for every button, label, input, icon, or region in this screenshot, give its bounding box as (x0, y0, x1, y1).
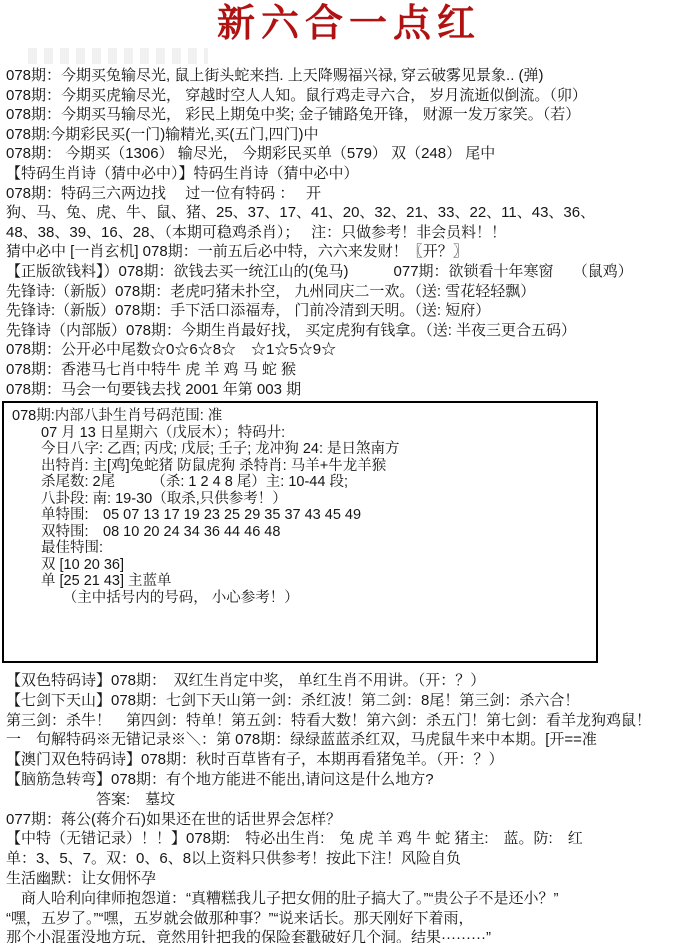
text-line: 【脑筋急转弯】078期：有个地方能进不能出,请问这是什么地方? (6, 770, 698, 790)
text-line: 双 [10 20 36] (12, 557, 590, 574)
lottery-tip-sheet: 新六合一点红 078期：今期买兔输尽光, 鼠上街头蛇来挡. 上天降赐福兴禄, 穿… (0, 0, 698, 943)
text-line: 【正版欲钱料】）078期：欲钱去买一统江山的(兔马) 077期：欲锁看十年寒窗 … (6, 262, 698, 282)
text-line: 单特围: 05 07 13 17 19 23 25 29 35 37 43 45… (12, 507, 590, 524)
text-line: 狗、马、兔、虎、牛、鼠、猪、25、37、17、41、20、32、21、33、22… (6, 203, 698, 223)
text-line: 先锋诗:（新版）078期：手下活口添福寿， 门前冷清到天明。（送: 短府） (6, 301, 698, 321)
text-line: 078期：今期买虎输尽光， 穿越时空人人知。鼠行鸡走寻六合， 岁月流逝似倒流。（… (6, 86, 698, 106)
text-line: 单：3、5、7。双：0、6、8以上资料只供参考！按此下注！风险自负 (6, 849, 698, 869)
text-line: 商人哈利向律师抱怨道：“真糟糕我儿子把女佣的肚子搞大了。”“贵公子不是还小？” (6, 889, 698, 909)
text-line: 第三剑：杀牛！ 第四剑：特单！第五剑：特看大数！第六剑：杀五门！第七剑：看羊龙狗… (6, 711, 698, 731)
top-section: 078期：今期买兔输尽光, 鼠上街头蛇来挡. 上天降赐福兴禄, 穿云破雾见景象.… (6, 66, 698, 399)
text-line: 生活幽默：让女佣怀孕 (6, 869, 698, 889)
text-line: 078期：香港马七肖中特牛 虎 羊 鸡 马 蛇 猴 (6, 360, 698, 380)
text-line: 双特围: 08 10 20 24 34 36 44 46 48 (12, 524, 590, 541)
text-line: 今日八字: 乙酉; 丙戌; 戊辰; 壬子; 龙冲狗 24: 是日煞南方 (12, 441, 590, 458)
text-line: 单 [25 21 43] 主蓝单 (12, 573, 590, 590)
faded-erased-text (28, 48, 208, 64)
text-line: 先锋诗（内部版）078期：今期生肖最好找， 买定虎狗有钱拿。（送: 半夜三更合五… (6, 321, 698, 341)
text-line: 【双色特码诗】078期： 双红生肖定中奖， 单红生肖不用讲。（开：？） (6, 671, 698, 691)
bottom-section: 【双色特码诗】078期： 双红生肖定中奖， 单红生肖不用讲。（开：？）【七剑下天… (6, 671, 698, 943)
text-line: 一 句解特码※无错记录※＼：第 078期：绿绿蓝蓝杀红双，马虎鼠牛来中本期。[开… (6, 730, 698, 750)
text-line: 八卦段: 南: 19-30（取杀,只供参考！） (12, 491, 590, 508)
text-line: 那个小混蛋没地方玩，竟然用针把我的保险套戳破好几个洞。结果·········” (6, 928, 698, 943)
text-line: 077期：蒋公(蒋介石)如果还在世的话世界会怎样？ (6, 810, 698, 830)
text-line: 078期：公开必中尾数☆0☆6☆8☆ ☆1☆5☆9☆ (6, 340, 698, 360)
text-line: 出特肖: 主[鸡]兔蛇猪 防鼠虎狗 杀特肖: 马羊+牛龙羊猴 (12, 458, 590, 475)
page-title: 新六合一点红 (0, 0, 698, 46)
text-line: 先锋诗:（新版）078期：老虎叼猪未扑空， 九州同庆二一欢。（送: 雪花轻轻飘） (6, 282, 698, 302)
text-line: 078期：马会一句要钱去找 2001 年第 003 期 (6, 380, 698, 400)
eight-trigram-zodiac-box: 078期:内部八卦生肖号码范围: 准 07 月 13 日星期六（戊辰木）；特码廾… (2, 401, 598, 663)
text-line: 最佳特围: (12, 540, 590, 557)
text-line: 078期：今期买兔输尽光, 鼠上街头蛇来挡. 上天降赐福兴禄, 穿云破雾见景象.… (6, 66, 698, 86)
text-line: “嘿，五岁了。”“嘿，五岁就会做那种事？”“说来话长。那天刚好下着雨， (6, 909, 698, 929)
text-line: 【七剑下天山】078期：七剑下天山第一剑：杀红波！第二剑：8尾！第三剑：杀六合！ (6, 691, 698, 711)
text-line: 078期： 今期买（1306） 输尽光， 今期彩民买单（579） 双（248） … (6, 144, 698, 164)
text-line: 答案: 墓坟 (6, 790, 698, 810)
text-line: 48、38、39、16、28、（本期可稳鸡杀肖）； 注：只做参考！非会员料！！ (6, 223, 698, 243)
text-line: 07 月 13 日星期六（戊辰木）；特码廾: (12, 425, 590, 442)
text-line: 078期:内部八卦生肖号码范围: 准 (12, 408, 590, 425)
text-line: 078期：今期买马输尽光， 彩民上期兔中奖; 金子铺路兔开锋， 财源一发万家笑。… (6, 105, 698, 125)
text-line: 【特码生肖诗（猜中必中）】特码生肖诗（猜中必中） (6, 164, 698, 184)
text-line: 【中特（无错记录）！！】078期: 特必出生肖: 兔 虎 羊 鸡 牛 蛇 猪主:… (6, 829, 698, 849)
text-line: 【澳门双色特码诗】078期：秋时百草皆有子，本期再看猪兔羊。（开：？） (6, 750, 698, 770)
text-line: 猜中必中 [一肖玄机] 078期：一前五后必中特，六六来发财！〖开？〗 (6, 242, 698, 262)
text-line: 杀尾数: 2尾 （杀: 1 2 4 8 尾）主: 10-44 段; (12, 474, 590, 491)
text-line: （主中括号内的号码， 小心参考！） (12, 590, 590, 607)
text-line: 078期:今期彩民买(一门)输精光,买(五门,四门)中 (6, 125, 698, 145)
text-line: 078期：特码三六两边找 过一位有特码 ： 开 (6, 184, 698, 204)
